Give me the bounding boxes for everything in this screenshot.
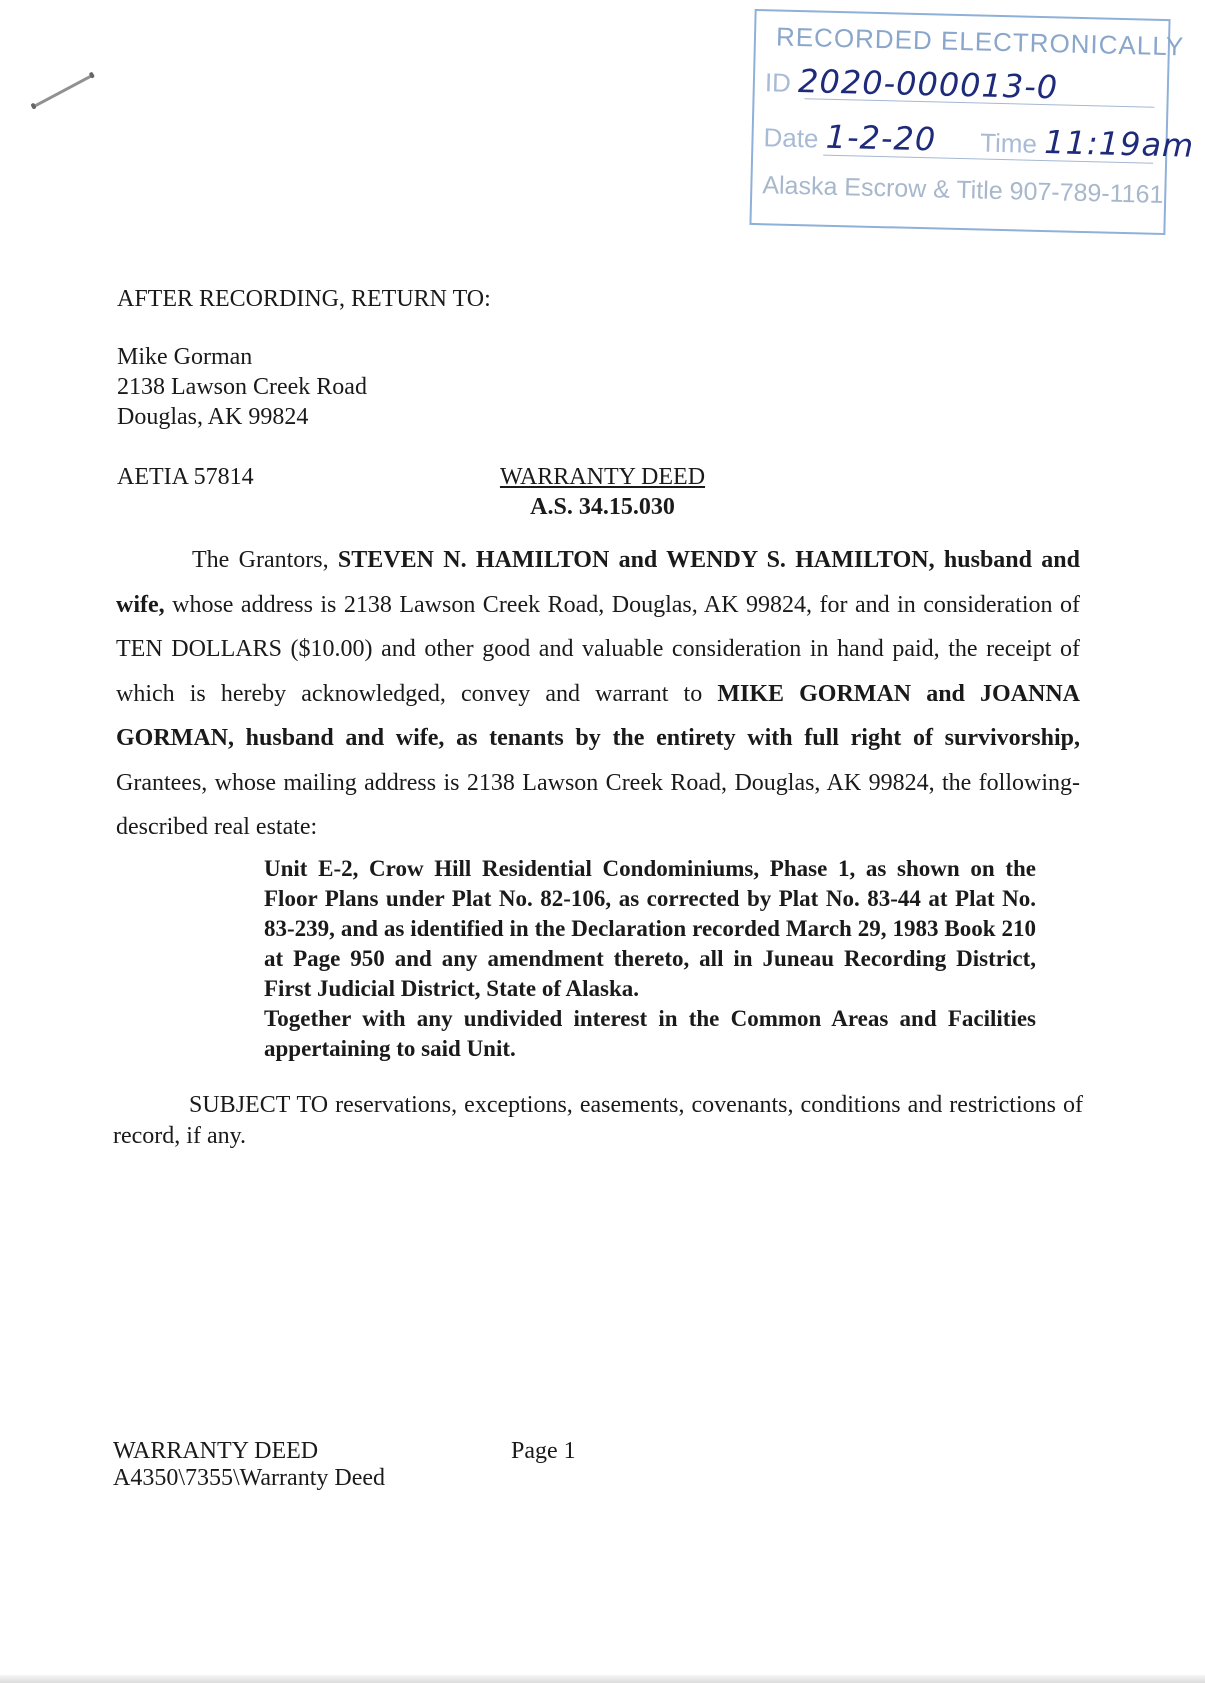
subject-to-paragraph: SUBJECT TO reservations, exceptions, eas… xyxy=(113,1090,1083,1152)
return-to-street: 2138 Lawson Creek Road xyxy=(117,372,367,402)
recording-stamp: RECORDED ELECTRONICALLY ID 2020-000013-0… xyxy=(749,9,1170,235)
footer-file-path: A4350\7355\Warranty Deed xyxy=(113,1463,385,1493)
conveyance-end: Grantees, whose mailing address is 2138 … xyxy=(116,770,1080,841)
conveyance-intro: The Grantors, xyxy=(192,547,338,573)
subject-to-text: SUBJECT TO reservations, exceptions, eas… xyxy=(113,1092,1083,1149)
legal-description: Unit E-2, Crow Hill Residential Condomin… xyxy=(264,854,1036,1064)
footer-doc-title: WARRANTY DEED xyxy=(113,1436,318,1466)
stamp-company: Alaska Escrow & Title 907-789-1161 xyxy=(762,171,1164,210)
footer-page-number: Page 1 xyxy=(511,1436,576,1466)
return-to-city: Douglas, AK 99824 xyxy=(117,402,308,432)
conveyance-paragraph: The Grantors, STEVEN N. HAMILTON and WEN… xyxy=(116,538,1080,850)
viewer-bottom-edge xyxy=(0,1675,1205,1683)
return-to-heading: AFTER RECORDING, RETURN TO: xyxy=(117,284,491,314)
statute-reference: A.S. 34.15.030 xyxy=(0,492,1205,522)
document-title: WARRANTY DEED xyxy=(0,462,1205,492)
return-to-name: Mike Gorman xyxy=(117,342,252,372)
stamp-time-label: Time xyxy=(980,128,1038,159)
stamp-id-label: ID xyxy=(765,67,792,98)
legal-description-unit: Unit E-2, Crow Hill Residential Condomin… xyxy=(264,854,1036,1004)
stamp-time-value: 11:19am xyxy=(1044,123,1195,165)
legal-description-common-areas: Together with any undivided interest in … xyxy=(264,1004,1036,1064)
stamp-date-value: 1-2-20 xyxy=(825,118,936,159)
stamp-date-label: Date xyxy=(763,122,819,153)
pen-mark xyxy=(31,73,94,109)
stamp-title: RECORDED ELECTRONICALLY xyxy=(776,21,1185,62)
stamp-id-row: ID 2020-000013-0 xyxy=(764,61,1058,106)
stamp-date-row: Date 1-2-20 Time 11:19am xyxy=(763,116,1195,165)
document-title-text: WARRANTY DEED xyxy=(500,464,705,490)
